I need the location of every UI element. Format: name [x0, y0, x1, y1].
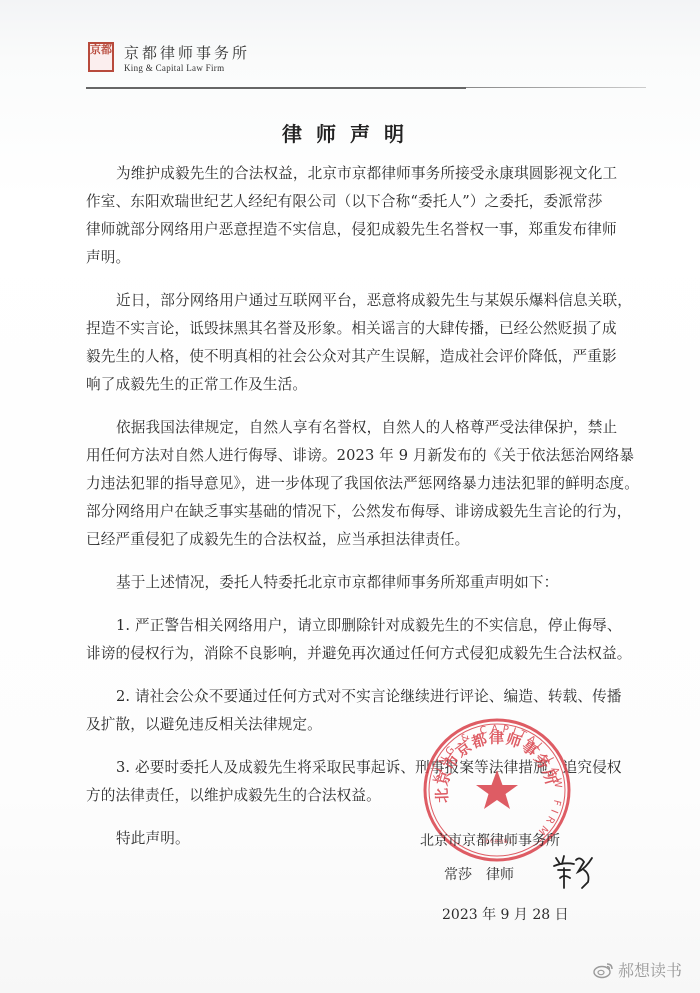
paragraph-background: 近日，部分网络用户通过互联网平台，恶意将成毅先生与某娱乐爆料信息关联， 捏造不实… — [86, 287, 646, 399]
watermark-text: 郝想读书 — [618, 958, 682, 981]
text-line: 近日，部分网络用户通过互联网平台，恶意将成毅先生与某娱乐爆料信息关联， — [86, 287, 646, 315]
star-icon — [476, 770, 518, 809]
text-line: 捏造不实言论，诋毁抹黑其名誉及形象。相关谣言的大肆传播，已经公然贬损了成 — [86, 315, 646, 343]
text-line: 为维护成毅先生的合法权益，北京市京都律师事务所接受永康琪圆影视文化工 — [86, 160, 646, 188]
firm-logo-icon: 京都 — [88, 42, 114, 72]
signature-firm: 北京市京都律师事务所 — [420, 830, 680, 850]
text-line: 诽谤的侵权行为，消除不良影响，并避免再次通过任何方式侵犯成毅先生合法权益。 — [86, 640, 646, 668]
signature-lawyer: 常莎律师 — [444, 864, 528, 884]
text-line: 律师就部分网络用户恶意捏造不实信息，侵犯成毅先生名誉权一事，郑重发布律师 — [86, 216, 646, 244]
paragraph-legal-basis: 依据我国法律规定，自然人享有名誉权，自然人的人格尊严受法律保护，禁止 用任何方法… — [86, 414, 646, 554]
text-line: 响了成毅先生的正常工作及生活。 — [86, 371, 646, 399]
paragraph-intro: 为维护成毅先生的合法权益，北京市京都律师事务所接受永康琪圆影视文化工 作室、东阳… — [86, 160, 646, 272]
text-line: 声明。 — [86, 244, 646, 272]
signature-date: 2023 年 9 月 28 日 — [442, 904, 569, 924]
text-line: 作室、东阳欢瑞世纪艺人经纪有限公司（以下合称“委托人”）之委托，委派常莎 — [86, 188, 646, 216]
text-line: 依据我国法律规定，自然人享有名誉权，自然人的人格尊严受法律保护，禁止 — [86, 414, 646, 442]
lawyer-title: 律师 — [486, 867, 514, 883]
document-title: 律师声明 — [0, 118, 700, 147]
handwritten-signature-icon — [550, 852, 600, 892]
text-line: 用任何方法对自然人进行侮辱、诽谤。2023 年 9 月新发布的《关于依法惩治网络… — [86, 442, 646, 470]
declaration-item-1: 1. 严正警告相关网络用户，请立即删除针对成毅先生的不实信息，停止侮辱、 诽谤的… — [86, 612, 646, 668]
text-line: 1. 严正警告相关网络用户，请立即删除针对成毅先生的不实信息，停止侮辱、 — [86, 612, 646, 640]
text-line: 基于上述情况，委托人特委托北京市京都律师事务所郑重声明如下： — [86, 569, 646, 597]
firm-name-en: King & Capital Law Firm — [124, 63, 224, 73]
paragraph-declaration-intro: 基于上述情况，委托人特委托北京市京都律师事务所郑重声明如下： — [86, 569, 646, 597]
text-line: 2. 请社会公众不要通过任何方式对不实言论继续进行评论、编造、转载、传播 — [86, 683, 646, 711]
signature-block: 北京市京都律师事务所 常莎律师 2023 年 9 月 28 日 — [420, 830, 680, 850]
firm-name-cn: 京都律师事务所 — [124, 42, 250, 63]
weibo-icon — [592, 961, 614, 979]
letterhead-divider — [86, 87, 466, 89]
text-line: 已经严重侵犯了成毅先生的合法权益，应当承担法律责任。 — [86, 526, 646, 554]
watermark: 郝想读书 — [592, 958, 682, 981]
text-line: 力违法犯罪的指导意见》，进一步体现了我国依法严惩网络暴力违法犯罪的鲜明态度。 — [86, 470, 646, 498]
text-line: 部分网络用户在缺乏事实基础的情况下，公然发布侮辱、诽谤成毅先生言论的行为， — [86, 498, 646, 526]
letterhead-divider-fade — [466, 87, 646, 88]
text-line: 毅先生的人格，使不明真相的社会公众对其产生误解，造成社会评价降低，严重影 — [86, 343, 646, 371]
lawyer-name: 常莎 — [444, 867, 472, 883]
